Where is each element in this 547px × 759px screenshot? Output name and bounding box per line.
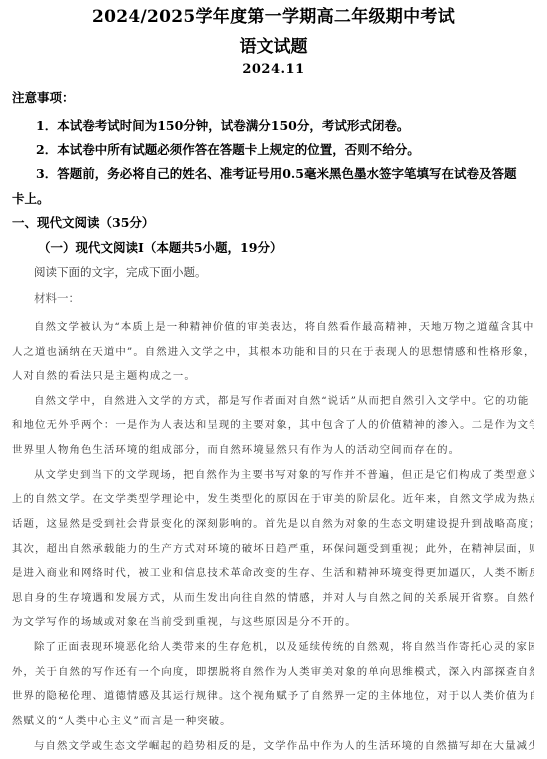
notice-item-3-continued: 卡上。 [12,189,50,207]
passage-line: 然赋义的“人类中心主义”而言是一种突破。 [12,712,534,727]
passage-line: 和地位无外乎两个：一是作为人表达和呈现的主要对象，其中包含了人的价值精神的渗入。… [12,416,534,431]
passage-line: 自然文学中，自然进入文学的方式，都是写作者面对自然“说话”从而把自然引入文学中。… [34,392,534,407]
reading-instruction: 阅读下面的文字，完成下面小题。 [34,264,207,280]
section-subheading: （一）现代文阅读Ⅰ（本题共5小题，19分） [38,238,282,256]
notice-item-3: 3．答题前，务必将自己的姓名、准考证号用0.5毫米黑色墨水签字笔填写在试卷及答题 [36,164,516,182]
passage-line: 话题，这显然是受到社会背景变化的深刻影响的。首先是以自然为对象的生态文明建设提升… [12,515,534,530]
passage-line: 自然文学被认为“本质上是一种精神价值的审美表达，将自然看作最高精神，天地万物之道… [34,318,534,333]
passage-line: 上的自然文学。在文学类型学理论中，发生类型化的原因在于审美的阶层化。近年来，自然… [12,490,534,505]
exam-page: 2024/2025学年度第一学期高二年级期中考试 语文试题 2024.11 注意… [0,0,547,759]
exam-title: 2024/2025学年度第一学期高二年级期中考试 [0,2,547,27]
passage-line: 世界的隐秘伦理、道德情感及其运行规律。这个视角赋予了自然界一定的主体地位，对于以… [12,687,534,702]
passage-line: 从文学史到当下的文学现场，把自然作为主要书写对象的写作并不普遍，但正是它们构成了… [34,466,534,481]
passage-line: 思自身的生存境遇和发展方式，从而生发出向往自然的情感，并对人与自然之间的关系展开… [12,589,534,604]
passage-line: 为文学写作的场域或对象在当前受到重视，与这些原因是分不开的。 [12,613,534,628]
passage-line: 人之道也涵纳在天道中”。自然进入文学之中，其根本功能和目的只在于表现人的思想情感… [12,343,534,358]
passage-line: 世界里人物角色生活环境的组成部分，而自然环境显然只有作为人的活动空间而存在的。 [12,441,534,456]
passage-line: 人对自然的看法只是主题构成之一。 [12,367,534,382]
passage-line: 其次，超出自然承载能力的生产方式对环境的破坏日趋严重，环保问题受到重视；此外，在… [12,540,534,555]
material-label: 材料一： [34,290,80,306]
section-heading: 一、现代文阅读（35分） [12,213,154,231]
subject-title: 语文试题 [0,32,547,57]
notice-item-1: 1．本试卷考试时间为150分钟，试卷满分150分，考试形式闭卷。 [36,116,409,134]
notice-item-2: 2．本试卷中所有试题必须作答在答题卡上规定的位置，否则不给分。 [36,140,420,158]
passage-line: 与自然文学或生态文学崛起的趋势相反的是，文学作品中作为人的生活环境的自然描写却在… [34,737,534,752]
passage-line: 是进入商业和网络时代，被工业和信息技术革命改变的生存、生活和精神环境变得更加逼仄… [12,564,534,579]
notice-heading: 注意事项： [12,88,75,106]
passage-line: 外，关于自然的写作还有一个向度，即摆脱将自然作为人类审美对象的单向思维模式，深入… [12,663,534,678]
passage-line: 除了正面表现环境恶化给人类带来的生存危机，以及延续传统的自然观，将自然当作寄托心… [34,638,534,653]
exam-date: 2024.11 [0,62,547,77]
